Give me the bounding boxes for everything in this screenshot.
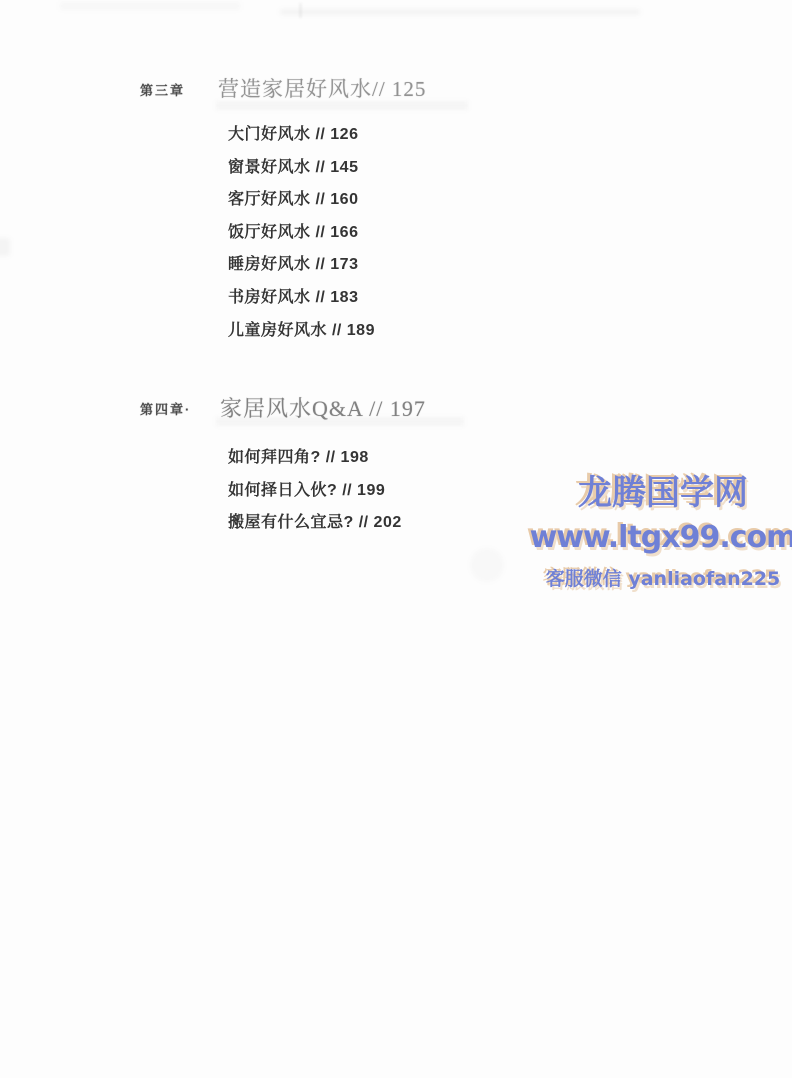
toc-item: 饭厅好风水 // 166 — [228, 217, 375, 250]
toc-item: 搬屋有什么宜忌? // 202 — [228, 507, 402, 540]
scan-artifact — [470, 548, 504, 582]
chapter-4-toc-list: 如何拜四角? // 198 如何择日入伙? // 199 搬屋有什么宜忌? //… — [228, 442, 402, 540]
toc-item: 客厅好风水 // 160 — [228, 184, 375, 217]
chapter-3-label: 第三章 — [140, 80, 185, 99]
chapter-4-label: 第四章· — [140, 399, 191, 418]
toc-item: 儿童房好风水 // 189 — [228, 315, 375, 348]
scan-artifact — [60, 2, 240, 10]
site-watermark: 龙腾国学网 www.ltgx99.com 客服微信 yanliaofan225 — [528, 471, 792, 597]
toc-item: 睡房好风水 // 173 — [228, 249, 375, 282]
watermark-contact: 客服微信 yanliaofan225 — [528, 561, 792, 597]
chapter-3-toc-list: 大门好风水 // 126 窗景好风水 // 145 客厅好风水 // 160 饭… — [228, 119, 375, 347]
chapter-4-title: 家居风水Q&A // 197 — [220, 392, 426, 423]
scan-artifact — [299, 3, 302, 18]
toc-item: 如何拜四角? // 198 — [228, 442, 402, 475]
scan-artifact — [280, 9, 640, 15]
scan-artifact — [0, 238, 10, 256]
watermark-url: www.ltgx99.com — [528, 515, 792, 561]
toc-item: 书房好风水 // 183 — [228, 282, 375, 315]
chapter-3-title: 营造家居好风水// 125 — [218, 73, 426, 103]
scanned-book-page: 第三章 营造家居好风水// 125 大门好风水 // 126 窗景好风水 // … — [0, 0, 792, 1078]
toc-item: 如何择日入伙? // 199 — [228, 475, 402, 508]
toc-item: 大门好风水 // 126 — [228, 119, 375, 152]
watermark-site-name: 龙腾国学网 — [528, 471, 792, 515]
toc-item: 窗景好风水 // 145 — [228, 152, 375, 185]
